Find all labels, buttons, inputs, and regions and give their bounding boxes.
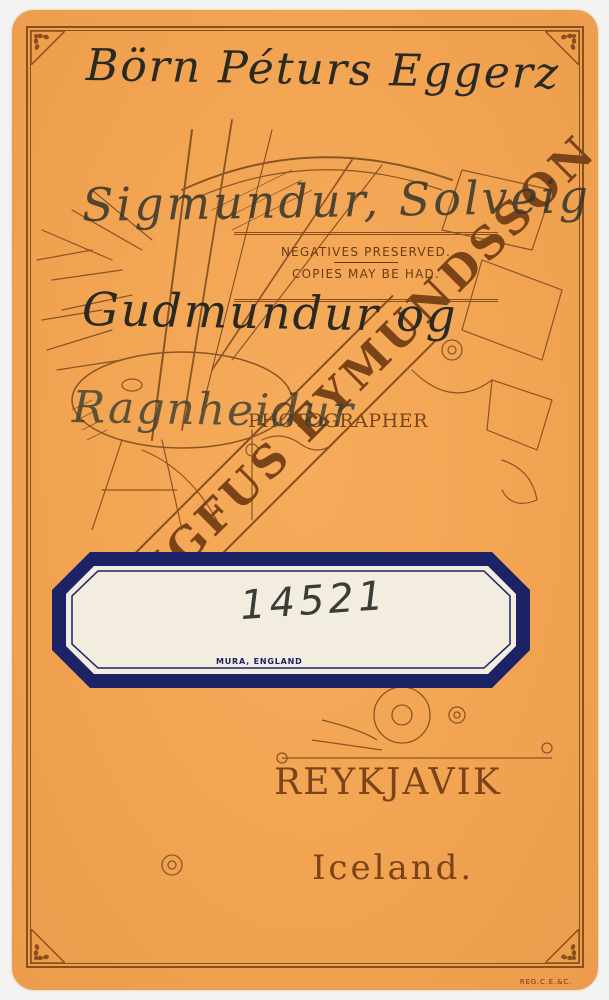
corner-fan-ornament-icon <box>31 929 65 963</box>
swirl-ornament-icon <box>152 850 192 880</box>
printer-mark: REG.C.E.&C. <box>520 978 572 986</box>
cabinet-card-back: NEGATIVES PRESERVED. COPIES MAY BE HAD. … <box>12 10 598 990</box>
notice-divider <box>334 262 398 263</box>
scanned-card-scene: NEGATIVES PRESERVED. COPIES MAY BE HAD. … <box>0 0 609 1000</box>
handwritten-line-3: Gudmundur og <box>82 282 458 343</box>
studio-country: Iceland. <box>312 848 474 888</box>
corner-fan-ornament-icon <box>31 31 65 65</box>
handwritten-line-1: Börn Péturs Eggerz <box>86 40 561 99</box>
corner-fan-ornament-icon <box>545 929 579 963</box>
archive-number-label: 14521 MURA, ENGLAND <box>50 550 532 690</box>
handwritten-line-4: Ragnheidur <box>72 382 356 438</box>
handwritten-line-2: Sigmundur, Solveig <box>82 169 592 232</box>
label-maker-imprint: MURA, ENGLAND <box>210 657 309 666</box>
studio-city: REYKJAVIK <box>274 762 502 803</box>
